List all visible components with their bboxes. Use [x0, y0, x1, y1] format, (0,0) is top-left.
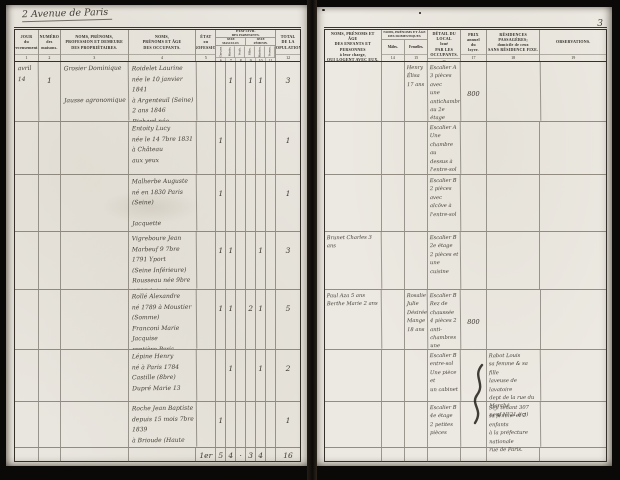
civil-status-cell: 1 [216, 402, 226, 447]
servants-female-cell [405, 448, 428, 462]
column-number: 16 [428, 58, 460, 61]
servants-female-cell [405, 350, 428, 401]
civil-status-cell [236, 350, 246, 401]
house-number-cell [39, 402, 61, 447]
header-premises: DÉTAIL DU LOCAL loué PAR LES OCCUPANTS. … [428, 30, 461, 61]
day-cell [15, 290, 39, 349]
column-number: 9 [246, 58, 256, 61]
table-row: Rollé Alexandre né 1789 à Moustier (Somm… [15, 290, 300, 350]
profession-cell [196, 175, 216, 231]
total-cell: 1 [276, 122, 300, 174]
servants-female-cell [405, 402, 428, 447]
civil-status-cell: 1 [226, 62, 236, 121]
civil-status-cell: 1 [216, 290, 226, 349]
day-cell [15, 350, 39, 401]
proprietor-cell: Grosier Dominique Jausse agronomique [61, 62, 129, 122]
day-cell [15, 448, 39, 462]
civil-status-cell: 1 [216, 122, 226, 174]
rent-cell: 800 [461, 62, 487, 121]
total-cell: 5 [276, 290, 300, 349]
civil-status-cell [266, 402, 276, 447]
civil-status-cell [246, 402, 256, 447]
occupants-cell: Roidelet Laurine née le 10 janvier 1841 … [128, 62, 196, 122]
header-servants-male: Mâles. [382, 40, 404, 54]
civil-status-cell [236, 402, 246, 447]
civil-status-cell [266, 122, 276, 174]
servants-male-cell [382, 350, 406, 401]
civil-status-cell: 1 [246, 62, 256, 121]
children-cell: Brunet Charles 3 ans [325, 232, 382, 290]
column-number: 11 [266, 58, 275, 61]
profession-cell [196, 290, 216, 349]
header-sex-female: SEXE FÉMININ. [246, 38, 275, 45]
column-number: 18 [487, 54, 540, 61]
book-binding [307, 0, 317, 480]
profession-cell [196, 232, 216, 289]
observations-cell [541, 290, 607, 349]
header-observations-label: OBSERVATIONS. [540, 30, 606, 54]
table-row: Escalier B entre-sol Une pièce et un cab… [325, 350, 606, 402]
rent-cell: 800 [461, 290, 487, 349]
premises-cell: Escalier B Rez de chaussée 4 pièces 2 an… [428, 290, 461, 349]
day-cell: avril 14 [15, 62, 40, 121]
totals-row: 1er 5 4 · 3 4 16 [15, 448, 300, 462]
right-page: 3 NOMS, PRÉNOMS ET ÂGE DES ENFANTS ET PE… [315, 7, 612, 466]
civil-status-cell [266, 62, 276, 121]
civil-status-cell: 1 [216, 175, 226, 231]
servants-male-cell [382, 232, 406, 289]
header-profession-label: ÉTAT ou PROFESSION. [196, 30, 215, 54]
table-row: Entoity Lucy née le 14 7bre 1831 à Châte… [15, 122, 300, 175]
temporary-residence-cell: Rabot Louis sa femme & sa fille laveuse … [487, 350, 541, 402]
children-cell [325, 448, 382, 462]
house-number-cell [39, 122, 61, 174]
proprietor-cell [61, 122, 129, 174]
header-widows: Veuves. [265, 46, 275, 57]
table-row: Lépine Henry né à Paris 1784 Castille (8… [15, 350, 300, 402]
civil-status-cell [246, 232, 256, 289]
total-cell: 1 [276, 175, 300, 231]
scanned-register-spread: 2 Avenue de Paris JOUR du recensement. 1… [0, 0, 620, 480]
table-row: Roche Jean Baptiste depuis 15 mois 7bre … [15, 402, 300, 448]
total-cell: 1 [276, 402, 300, 447]
premises-cell: Escalier B 2 pièces avec alcôve à l'entr… [428, 175, 461, 231]
occupants-cell: Entoity Lucy née le 14 7bre 1831 à Châte… [128, 122, 196, 175]
header-servants-title: NOMS, PRÉNOMS ET ÂGE DES DOMESTIQUES [382, 30, 428, 40]
census-table-left: JOUR du recensement. 1 NUMÉRO des maison… [14, 29, 301, 462]
premises-cell: Escalier B 4e étage 2 petites pièces [428, 402, 461, 447]
column-number: 7 [226, 58, 236, 61]
occupants-cell: Vigreboure Jean Marbeuf 9 7bre 1791 Ypor… [128, 232, 196, 290]
civil-total-cell [266, 448, 276, 462]
table-row: Henry Élisa 17 ans Escalier A 3 pièces a… [325, 62, 606, 122]
column-number: 6 [216, 58, 226, 61]
rent-cell [461, 122, 487, 174]
house-number-cell [39, 448, 61, 462]
temporary-residence-cell [487, 122, 541, 174]
totals-label: 1er [196, 448, 216, 462]
ink-flourish [467, 363, 489, 425]
temporary-residence-cell [487, 232, 541, 289]
observations-cell [540, 232, 606, 289]
totals-row [325, 448, 606, 462]
civil-status-cell [236, 175, 246, 231]
servants-male-cell [382, 62, 406, 121]
scan-speck [419, 12, 421, 14]
header-total-label: TOTAL DE LA POPULATION. [276, 30, 300, 54]
children-cell [325, 122, 382, 174]
children-cell: Paul Aza 5 ans Berthe Marie 2 ans [325, 290, 382, 350]
observations-cell [540, 62, 606, 121]
temporary-residence-cell: Séji tenant 307 sa femme et 2 enfants à … [487, 402, 541, 448]
civil-status-cell [216, 350, 226, 401]
header-boys: Garçons. [216, 46, 225, 57]
premises-cell: Escalier A 3 pièces avec une antichambre… [428, 62, 461, 121]
civil-status-cell [266, 232, 276, 289]
civil-status-cell: 1 [216, 232, 226, 289]
occupants-cell: Malherbe Auguste né en 1830 Paris (Seine… [128, 175, 196, 232]
column-number: 4 [129, 54, 196, 61]
civil-status-cell: 2 [246, 290, 256, 349]
column-number: 10 [256, 58, 266, 61]
header-servants-female: Femelles. [405, 40, 427, 54]
civil-status-cell [246, 350, 256, 401]
civil-status-cell [226, 122, 236, 174]
header-sex-male: SEXE MASCULIN. [216, 38, 246, 45]
observations-cell [540, 175, 606, 231]
column-number: 15 [405, 54, 427, 61]
civil-status-cell [236, 62, 246, 121]
civil-total-cell: 3 [246, 448, 256, 462]
servants-female-cell [405, 175, 428, 231]
header-civil-status-group: ÉTAT CIVIL DES HABITANTS. SEXE MASCULIN.… [216, 30, 276, 61]
grand-total-cell: 16 [276, 448, 300, 462]
children-cell [325, 402, 382, 447]
header-temporary-residences-label: RÉSIDENCES PASSAGÈRES; domicile de ceux … [487, 30, 540, 54]
header-profession: ÉTAT ou PROFESSION. 5 [196, 30, 216, 61]
civil-status-cell [216, 62, 226, 121]
left-page: 2 Avenue de Paris JOUR du recensement. 1… [6, 5, 309, 466]
premises-cell [428, 448, 461, 462]
column-number: 19 [540, 54, 606, 61]
table-row: Brunet Charles 3 ans Escalier B 2e étage… [325, 232, 606, 290]
total-cell: 2 [276, 350, 300, 401]
civil-status-cell [226, 402, 236, 447]
header-girls: Filles. [245, 46, 255, 57]
column-number: 1 [15, 54, 38, 61]
header-children: NOMS, PRÉNOMS ET ÂGE DES ENFANTS ET PERS… [325, 30, 382, 61]
civil-total-cell: 4 [256, 448, 266, 462]
servants-female-cell: Rosalie Julie Désirée Mange 18 ans [405, 290, 428, 349]
rent-cell [461, 448, 487, 462]
servants-female-cell [405, 122, 428, 174]
header-children-label: NOMS, PRÉNOMS ET ÂGE DES ENFANTS ET PERS… [325, 30, 381, 61]
header-servants-group: NOMS, PRÉNOMS ET ÂGE DES DOMESTIQUES Mâl… [382, 30, 429, 61]
observations-cell [540, 402, 606, 447]
civil-status-cell [236, 232, 246, 289]
day-cell [15, 232, 39, 289]
table-row: Escalier A Une chambre au dessus à l'ent… [325, 122, 606, 175]
header-civil-status-title: ÉTAT CIVIL DES HABITANTS. [216, 30, 275, 38]
proprietor-cell [61, 290, 129, 349]
house-number-cell [39, 350, 61, 401]
street-title: 2 Avenue de Paris [22, 7, 113, 23]
house-number-cell [39, 175, 61, 231]
table-row: Paul Aza 5 ans Berthe Marie 2 ans Rosali… [325, 290, 606, 350]
census-table-right: NOMS, PRÉNOMS ET ÂGE DES ENFANTS ET PERS… [324, 29, 607, 462]
civil-status-cell: 1 [226, 350, 236, 401]
header-total: TOTAL DE LA POPULATION. 12 [276, 30, 300, 61]
header-temporary-residences: RÉSIDENCES PASSAGÈRES; domicile de ceux … [487, 30, 541, 61]
premises-cell: Escalier A Une chambre au dessus à l'ent… [428, 122, 461, 174]
day-cell [15, 402, 39, 447]
column-number: 17 [461, 54, 486, 61]
header-proprietors-label: NOMS, PRÉNOMS, PROFESSION ET DEMEURE DES… [61, 30, 128, 54]
header-occupants-label: NOMS, PRÉNOMS ET ÂGE DES OCCUPANTS. [129, 30, 196, 54]
civil-status-cell [246, 175, 256, 231]
temporary-residence-cell [487, 175, 541, 231]
column-number: 12 [276, 54, 300, 61]
day-cell [15, 175, 39, 231]
servants-male-cell [382, 290, 406, 349]
table-row: avril 14 1 Grosier Dominique Jausse agro… [15, 62, 300, 122]
civil-status-cell: 1 [256, 232, 266, 289]
occupants-cell: Roche Jean Baptiste depuis 15 mois 7bre … [128, 402, 196, 448]
right-table-header-row: NOMS, PRÉNOMS ET ÂGE DES ENFANTS ET PERS… [325, 30, 606, 62]
header-rent: PRIX annuel du loyer. 17 [461, 30, 487, 61]
servants-female-cell [405, 232, 428, 289]
observations-cell [540, 122, 606, 174]
total-cell: 3 [276, 232, 300, 289]
rent-cell [461, 175, 487, 231]
civil-status-cell [256, 402, 266, 447]
temporary-residence-cell [487, 290, 541, 349]
table-row: Escalier B 2 pièces avec alcôve à l'entr… [325, 175, 606, 232]
children-cell [325, 350, 382, 401]
temporary-residence-cell [487, 62, 541, 122]
civil-status-cell [266, 350, 276, 401]
civil-status-cell [266, 175, 276, 231]
occupants-cell [129, 448, 197, 462]
proprietor-cell [61, 232, 129, 289]
rent-cell [461, 232, 487, 289]
column-number: 5 [196, 54, 215, 61]
occupants-cell: Lépine Henry né à Paris 1784 Castille (8… [128, 350, 196, 402]
servants-female-cell: Henry Élisa 17 ans [405, 62, 428, 121]
proprietor-cell [61, 350, 129, 401]
column-number: 8 [236, 58, 246, 61]
header-day-label: JOUR du recensement. [15, 30, 38, 54]
civil-total-cell: 5 [216, 448, 226, 462]
total-cell: 3 [276, 62, 300, 121]
civil-status-cell [236, 122, 246, 174]
civil-status-cell: 1 [256, 290, 266, 349]
civil-status-cell [266, 290, 276, 349]
column-number: 14 [382, 54, 404, 61]
header-premises-label: DÉTAIL DU LOCAL loué PAR LES OCCUPANTS. [428, 30, 460, 58]
occupants-cell: Rollé Alexandre né 1789 à Moustier (Somm… [128, 290, 196, 350]
column-number: 2 [39, 54, 60, 61]
civil-status-cell [226, 175, 236, 231]
table-row: Escalier B 4e étage 2 petites pièces Séj… [325, 402, 606, 448]
table-row: Malherbe Auguste né en 1830 Paris (Seine… [15, 175, 300, 232]
profession-cell [196, 402, 216, 447]
servants-male-cell [382, 402, 406, 447]
premises-cell: Escalier B entre-sol Une pièce et un cab… [428, 350, 461, 401]
header-proprietors: NOMS, PRÉNOMS, PROFESSION ET DEMEURE DES… [61, 30, 129, 61]
temporary-residence-cell [487, 448, 541, 462]
scan-speck [322, 9, 325, 11]
header-widowers: Veufs. [235, 46, 245, 57]
civil-status-cell [246, 122, 256, 174]
civil-status-cell: 1 [226, 290, 236, 349]
observations-cell [540, 350, 606, 401]
civil-status-cell [256, 175, 266, 231]
profession-cell [196, 62, 216, 121]
civil-total-cell: 4 [226, 448, 236, 462]
servants-male-cell [382, 122, 406, 174]
header-married-men: Mariés. [225, 46, 235, 57]
servants-male-cell [382, 448, 406, 462]
proprietor-cell [61, 402, 129, 447]
children-cell [325, 175, 382, 231]
header-house-number: NUMÉRO des maisons. 2 [39, 30, 61, 61]
header-day: JOUR du recensement. 1 [15, 30, 39, 61]
civil-status-cell: 1 [256, 350, 266, 401]
civil-total-cell: · [236, 448, 246, 462]
header-married-women: Mariées. [255, 46, 265, 57]
header-observations: OBSERVATIONS. 19 [540, 30, 606, 61]
house-number-cell [39, 232, 61, 289]
day-cell [15, 122, 39, 174]
column-number: 3 [61, 54, 128, 61]
observations-cell [540, 448, 606, 462]
premises-cell: Escalier B 2e étage 2 pièces et une cuis… [428, 232, 461, 289]
civil-status-cell: 1 [256, 62, 266, 121]
civil-status-cell [256, 122, 266, 174]
servants-male-cell [382, 175, 406, 231]
profession-cell [196, 350, 216, 401]
header-occupants: NOMS, PRÉNOMS ET ÂGE DES OCCUPANTS. 4 [129, 30, 197, 61]
civil-status-cell [236, 290, 246, 349]
header-rent-label: PRIX annuel du loyer. [461, 30, 486, 54]
left-table-header-row: JOUR du recensement. 1 NUMÉRO des maison… [15, 30, 300, 62]
civil-status-cell: 1 [226, 232, 236, 289]
table-row: Vigreboure Jean Marbeuf 9 7bre 1791 Ypor… [15, 232, 300, 290]
proprietor-cell [61, 448, 129, 462]
proprietor-cell [61, 175, 129, 231]
profession-cell [196, 122, 216, 174]
house-number-cell [39, 290, 61, 349]
house-number-cell: 1 [39, 62, 61, 121]
header-house-number-label: NUMÉRO des maisons. [39, 30, 60, 54]
children-cell [325, 62, 382, 121]
